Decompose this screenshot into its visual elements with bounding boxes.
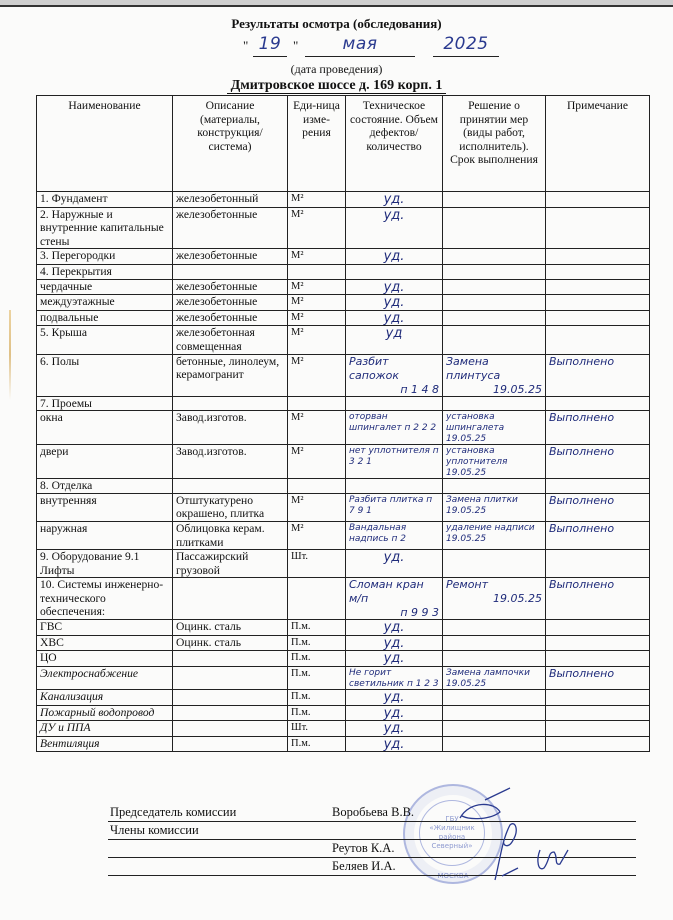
table-row: 6. Полыбетонные, линолеум, керамогранитМ…	[37, 354, 650, 396]
handwritten-state: уд.	[384, 192, 405, 207]
header-name: Наименование	[37, 96, 173, 192]
table-row: двериЗавод.изготов.М²нет уплотнителя п 3…	[37, 445, 650, 479]
cell-decision	[443, 635, 546, 651]
handwritten-state: уд.	[384, 690, 405, 705]
table-row: чердачныежелезобетонныеМ²уд.	[37, 279, 650, 295]
quote-open: "	[243, 38, 248, 54]
cell-decision	[443, 620, 546, 636]
quote-close: "	[293, 38, 298, 54]
handwritten-decision: установка шпингалета 19.05.25	[446, 412, 504, 444]
handwritten-decision: удаление надписи 19.05.25	[446, 523, 535, 544]
address-text: Дмитровское шоссе д. 169 корп. 1	[227, 78, 447, 94]
handwritten-state: уд.	[384, 636, 405, 651]
cell-state: уд.	[346, 550, 443, 578]
cell-note: Выполнено	[546, 667, 650, 690]
cell-decision	[443, 207, 546, 249]
cell-state: уд.	[346, 620, 443, 636]
handwritten-date: 19.05.25	[446, 592, 542, 605]
cell-decision: Замена плинтуса19.05.25	[443, 354, 546, 396]
cell-unit: М²	[288, 310, 346, 326]
cell-unit: П.м.	[288, 635, 346, 651]
cell-state: Вандальная надпись п 2	[346, 521, 443, 549]
table-row: внутренняяОтштукатурено окрашено, плитка…	[37, 493, 650, 521]
handwritten-state: уд.	[384, 280, 405, 295]
member-name: Реутов К.А.	[332, 841, 394, 856]
cell-state: уд	[346, 326, 443, 354]
cell-state: уд.	[346, 249, 443, 265]
cell-description: Завод.изготов.	[173, 411, 288, 445]
handwritten-state: Вандальная надпись п 2	[349, 523, 406, 544]
cell-note: Выполнено	[546, 578, 650, 620]
table-row: 10. Системы инженерно-технического обесп…	[37, 578, 650, 620]
table-row: КанализацияП.м.уд.	[37, 690, 650, 706]
cell-name: чердачные	[37, 279, 173, 295]
cell-name: междуэтажные	[37, 295, 173, 311]
handwritten-room: п 9 9 3	[349, 606, 439, 619]
cell-unit: М²	[288, 192, 346, 208]
cell-decision	[443, 396, 546, 411]
cell-decision	[443, 690, 546, 706]
handwritten-state: уд.	[384, 737, 405, 752]
cell-name: 9. Оборудование 9.1 Лифты	[37, 550, 173, 578]
cell-name: 3. Перегородки	[37, 249, 173, 265]
cell-note: Выполнено	[546, 493, 650, 521]
cell-decision: Замена лампочки 19.05.25	[443, 667, 546, 690]
table-row: ЦОП.м.уд.	[37, 651, 650, 667]
cell-decision	[443, 192, 546, 208]
cell-decision: удаление надписи 19.05.25	[443, 521, 546, 549]
handwritten-state: Не горит светильник п 1 2 3	[349, 668, 439, 689]
cell-name: 7. Проемы	[37, 396, 173, 411]
handwritten-note: Выполнено	[549, 522, 614, 535]
handwritten-state: уд	[386, 326, 403, 341]
table-row: ХВСОцинк. стальП.м.уд.	[37, 635, 650, 651]
cell-description: Облицовка керам. плитками	[173, 521, 288, 549]
handwritten-decision: Замена плитки 19.05.25	[446, 495, 518, 516]
cell-unit: М²	[288, 279, 346, 295]
handwritten-state: Сломан кран м/п	[349, 578, 424, 605]
cell-state: уд.	[346, 295, 443, 311]
table-row: наружнаяОблицовка керам. плиткамиМ²Ванда…	[37, 521, 650, 549]
cell-decision	[443, 550, 546, 578]
cell-state: уд.	[346, 279, 443, 295]
window-top-edge	[0, 0, 673, 7]
cell-state: уд.	[346, 705, 443, 721]
cell-state: уд.	[346, 192, 443, 208]
cell-decision	[443, 310, 546, 326]
cell-unit	[288, 396, 346, 411]
cell-decision	[443, 279, 546, 295]
cell-description: железобетонная совмещенная	[173, 326, 288, 354]
handwritten-decision: Ремонт	[446, 578, 488, 591]
cell-description: бетонные, линолеум, керамогранит	[173, 354, 288, 396]
header-state: Техническое состояние. Объем дефектов/ к…	[346, 96, 443, 192]
cell-note	[546, 705, 650, 721]
cell-state: оторван шпингалет п 2 2 2	[346, 411, 443, 445]
cell-name: 8. Отделка	[37, 479, 173, 494]
cell-description	[173, 721, 288, 737]
cell-decision	[443, 326, 546, 354]
cell-state: Разбит сапожокп 1 4 8	[346, 354, 443, 396]
handwritten-date: 19.05.25	[446, 383, 542, 396]
inspection-table: Наименование Описание (материалы, констр…	[36, 95, 650, 752]
handwritten-state: уд.	[384, 706, 405, 721]
handwritten-state: нет уплотнителя п 3 2 1	[349, 446, 439, 467]
chair-label: Председатель комиссии	[110, 805, 236, 820]
cell-name: двери	[37, 445, 173, 479]
cell-description: Завод.изготов.	[173, 445, 288, 479]
cell-note	[546, 310, 650, 326]
handwritten-state: уд.	[384, 249, 405, 264]
handwritten-decision: Замена плинтуса	[446, 355, 500, 382]
cell-description	[173, 690, 288, 706]
cell-note	[546, 192, 650, 208]
table-row: 1. ФундаментжелезобетонныйМ²уд.	[37, 192, 650, 208]
cell-name: ДУ и ППА	[37, 721, 173, 737]
cell-unit: М²	[288, 354, 346, 396]
inspection-date: " 19 " мая 2025	[243, 34, 523, 60]
cell-unit: П.м.	[288, 736, 346, 752]
handwritten-state: уд.	[384, 295, 405, 310]
cell-note	[546, 264, 650, 279]
date-year: 2025	[433, 34, 499, 57]
handwritten-state: уд.	[384, 208, 405, 223]
handwritten-state: Разбита плитка п 7 9 1	[349, 495, 432, 516]
cell-note	[546, 721, 650, 737]
cell-name: Канализация	[37, 690, 173, 706]
header-note: Примечание	[546, 96, 650, 192]
table-row: междуэтажныежелезобетонныеМ²уд.	[37, 295, 650, 311]
handwritten-note: Выполнено	[549, 667, 614, 680]
cell-unit: М²	[288, 493, 346, 521]
table-row: ВентиляцияП.м.уд.	[37, 736, 650, 752]
cell-description	[173, 479, 288, 494]
cell-decision	[443, 249, 546, 265]
address: Дмитровское шоссе д. 169 корп. 1	[0, 78, 673, 94]
cell-description: железобетонный	[173, 192, 288, 208]
handwritten-note: Выполнено	[549, 355, 614, 368]
cell-note	[546, 207, 650, 249]
table-row: 5. Крышажелезобетонная совмещеннаяМ²уд	[37, 326, 650, 354]
table-row: ЭлектроснабжениеП.м.Не горит светильник …	[37, 667, 650, 690]
cell-note	[546, 396, 650, 411]
cell-decision	[443, 264, 546, 279]
cell-decision: Замена плитки 19.05.25	[443, 493, 546, 521]
cell-name: 1. Фундамент	[37, 192, 173, 208]
cell-decision	[443, 721, 546, 737]
cell-description: Пассажирский грузовой	[173, 550, 288, 578]
cell-unit	[288, 479, 346, 494]
document-title: Результаты осмотра (обследования)	[0, 16, 673, 32]
cell-decision: установка уплотнителя 19.05.25	[443, 445, 546, 479]
cell-state: уд.	[346, 721, 443, 737]
cell-state	[346, 264, 443, 279]
cell-decision	[443, 705, 546, 721]
cell-note	[546, 736, 650, 752]
handwritten-decision: установка уплотнителя 19.05.25	[446, 446, 507, 478]
table-row: ГВСОцинк. стальП.м.уд.	[37, 620, 650, 636]
table-row: ДУ и ППАШт.уд.	[37, 721, 650, 737]
cell-unit: П.м.	[288, 651, 346, 667]
date-month: мая	[305, 34, 415, 57]
cell-note: Выполнено	[546, 411, 650, 445]
handwritten-state: оторван шпингалет п 2 2 2	[349, 412, 436, 433]
members-label: Члены комиссии	[110, 823, 199, 838]
handwritten-state: уд.	[384, 311, 405, 326]
cell-state	[346, 396, 443, 411]
cell-state: Не горит светильник п 1 2 3	[346, 667, 443, 690]
cell-description	[173, 705, 288, 721]
cell-description	[173, 396, 288, 411]
cell-note	[546, 651, 650, 667]
cell-note	[546, 249, 650, 265]
cell-note	[546, 295, 650, 311]
table-row: подвальныежелезобетонныеМ²уд.	[37, 310, 650, 326]
handwritten-state: уд.	[384, 550, 405, 565]
cell-name: 5. Крыша	[37, 326, 173, 354]
handwritten-note: Выполнено	[549, 578, 614, 591]
cell-description	[173, 578, 288, 620]
cell-unit: М²	[288, 249, 346, 265]
cell-state	[346, 479, 443, 494]
chair-name: Воробьева В.В.	[332, 805, 414, 820]
cell-name: наружная	[37, 521, 173, 549]
cell-name: 2. Наружные и внутренние капитальные сте…	[37, 207, 173, 249]
cell-description	[173, 264, 288, 279]
cell-name: 10. Системы инженерно-технического обесп…	[37, 578, 173, 620]
cell-unit: М²	[288, 521, 346, 549]
cell-state: нет уплотнителя п 3 2 1	[346, 445, 443, 479]
table-row: 8. Отделка	[37, 479, 650, 494]
cell-note: Выполнено	[546, 354, 650, 396]
cell-description: Оцинк. сталь	[173, 620, 288, 636]
cell-name: 4. Перекрытия	[37, 264, 173, 279]
cell-state: Разбита плитка п 7 9 1	[346, 493, 443, 521]
cell-decision	[443, 651, 546, 667]
handwritten-state: уд.	[384, 651, 405, 666]
cell-decision: Ремонт19.05.25	[443, 578, 546, 620]
cell-unit: Шт.	[288, 721, 346, 737]
handwritten-note: Выполнено	[549, 411, 614, 424]
handwritten-state: уд.	[384, 721, 405, 736]
cell-unit: М²	[288, 411, 346, 445]
cell-decision	[443, 479, 546, 494]
cell-note: Выполнено	[546, 521, 650, 549]
cell-name: 6. Полы	[37, 354, 173, 396]
cell-note	[546, 620, 650, 636]
cell-name: внутренняя	[37, 493, 173, 521]
date-day: 19	[253, 34, 287, 57]
table-row: 2. Наружные и внутренние капитальные сте…	[37, 207, 650, 249]
cell-state: уд.	[346, 736, 443, 752]
cell-state: уд.	[346, 690, 443, 706]
header-unit: Еди-ница изме-рения	[288, 96, 346, 192]
paper-stain	[9, 310, 11, 400]
table-row: 4. Перекрытия	[37, 264, 650, 279]
cell-name: ХВС	[37, 635, 173, 651]
cell-unit	[288, 578, 346, 620]
cell-decision	[443, 736, 546, 752]
cell-description: железобетонные	[173, 249, 288, 265]
cell-description: железобетонные	[173, 310, 288, 326]
cell-note	[546, 690, 650, 706]
cell-unit: М²	[288, 207, 346, 249]
cell-unit: М²	[288, 295, 346, 311]
handwritten-state: уд.	[384, 620, 405, 635]
table-row: 3. ПерегородкижелезобетонныеМ²уд.	[37, 249, 650, 265]
cell-note	[546, 635, 650, 651]
cell-name: подвальные	[37, 310, 173, 326]
cell-description	[173, 736, 288, 752]
handwritten-decision: Замена лампочки 19.05.25	[446, 668, 530, 689]
table-row: 9. Оборудование 9.1 ЛифтыПассажирский гр…	[37, 550, 650, 578]
cell-unit: П.м.	[288, 620, 346, 636]
cell-note: Выполнено	[546, 445, 650, 479]
cell-note	[546, 479, 650, 494]
cell-unit	[288, 264, 346, 279]
cell-unit: П.м.	[288, 690, 346, 706]
cell-description: железобетонные	[173, 279, 288, 295]
cell-state: уд.	[346, 207, 443, 249]
member-name: Беляев И.А.	[332, 859, 396, 874]
cell-unit: П.м.	[288, 667, 346, 690]
handwritten-room: п 1 4 8	[349, 383, 439, 396]
table-row: окнаЗавод.изготов.М²оторван шпингалет п …	[37, 411, 650, 445]
cell-name: ЦО	[37, 651, 173, 667]
table-row: Пожарный водопроводП.м.уд.	[37, 705, 650, 721]
cell-state: Сломан кран м/пп 9 9 3	[346, 578, 443, 620]
cell-note	[546, 279, 650, 295]
table-row: 7. Проемы	[37, 396, 650, 411]
cell-description	[173, 651, 288, 667]
handwritten-note: Выполнено	[549, 494, 614, 507]
cell-unit: П.м.	[288, 705, 346, 721]
date-caption: (дата проведения)	[0, 62, 673, 77]
cell-unit: Шт.	[288, 550, 346, 578]
cell-note	[546, 326, 650, 354]
cell-state: уд.	[346, 635, 443, 651]
cell-description: железобетонные	[173, 295, 288, 311]
header-description: Описание (материалы, конструкция/ систем…	[173, 96, 288, 192]
cell-name: Пожарный водопровод	[37, 705, 173, 721]
cell-description: железобетонные	[173, 207, 288, 249]
cell-description: Отштукатурено окрашено, плитка	[173, 493, 288, 521]
cell-note	[546, 550, 650, 578]
cell-state: уд.	[346, 651, 443, 667]
cell-description: Оцинк. сталь	[173, 635, 288, 651]
cell-unit: М²	[288, 445, 346, 479]
header-decision: Решение о принятии мер (виды работ, испо…	[443, 96, 546, 192]
cell-description	[173, 667, 288, 690]
cell-name: Электроснабжение	[37, 667, 173, 690]
cell-decision	[443, 295, 546, 311]
cell-decision: установка шпингалета 19.05.25	[443, 411, 546, 445]
handwritten-signatures	[440, 780, 580, 890]
handwritten-note: Выполнено	[549, 445, 614, 458]
table-header-row: Наименование Описание (материалы, констр…	[37, 96, 650, 192]
cell-state: уд.	[346, 310, 443, 326]
cell-name: окна	[37, 411, 173, 445]
cell-name: ГВС	[37, 620, 173, 636]
cell-unit: М²	[288, 326, 346, 354]
handwritten-state: Разбит сапожок	[349, 355, 399, 382]
cell-name: Вентиляция	[37, 736, 173, 752]
